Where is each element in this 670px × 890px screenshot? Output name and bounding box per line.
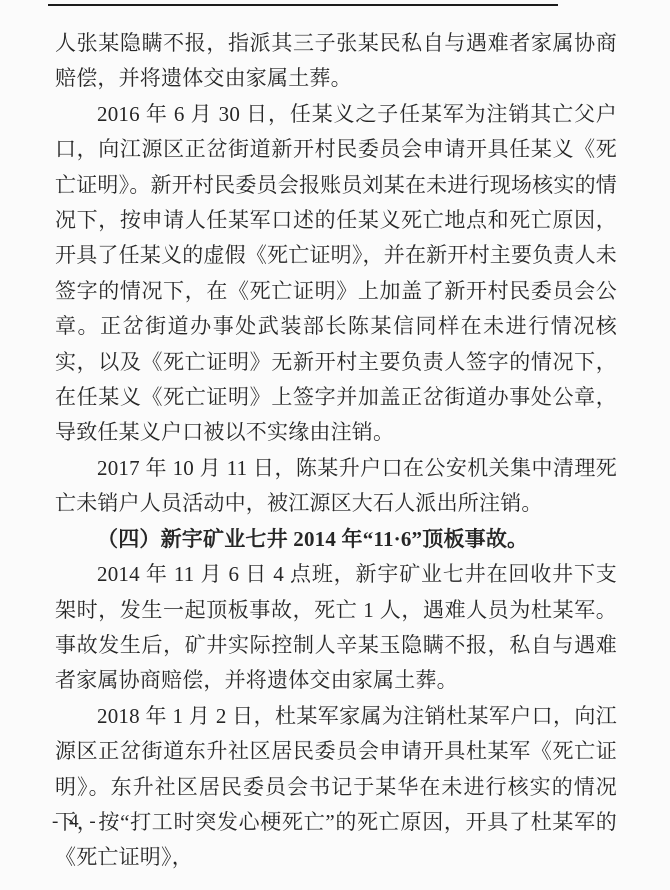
paragraph: 2018 年 1 月 2 日，杜某军家属为注销杜某军户口，向江源区正岔街道东升社… (55, 699, 617, 876)
section-heading: （四）新宇矿业七井 2014 年“11·6”顶板事故。 (55, 522, 617, 557)
paragraph: 2014 年 11 月 6 日 4 点班，新宇矿业七井在回收井下支架时，发生一起… (55, 557, 617, 699)
document-body: 人张某隐瞒不报，指派其三子张某民私自与遇难者家属协商赔偿，并将遗体交由家属土葬。… (55, 26, 617, 876)
paragraph: 人张某隐瞒不报，指派其三子张某民私自与遇难者家属协商赔偿，并将遗体交由家属土葬。 (55, 26, 617, 97)
scanned-document-page: 人张某隐瞒不报，指派其三子张某民私自与遇难者家属协商赔偿，并将遗体交由家属土葬。… (0, 0, 670, 890)
paragraph: 2016 年 6 月 30 日，任某义之子任某军为注销其亡父户口，向江源区正岔街… (55, 97, 617, 451)
page-number: - 4 - (52, 811, 99, 833)
paragraph: 2017 年 10 月 11 日，陈某升户口在公安机关集中清理死亡未销户人员活动… (55, 451, 617, 522)
header-rule (48, 4, 558, 6)
